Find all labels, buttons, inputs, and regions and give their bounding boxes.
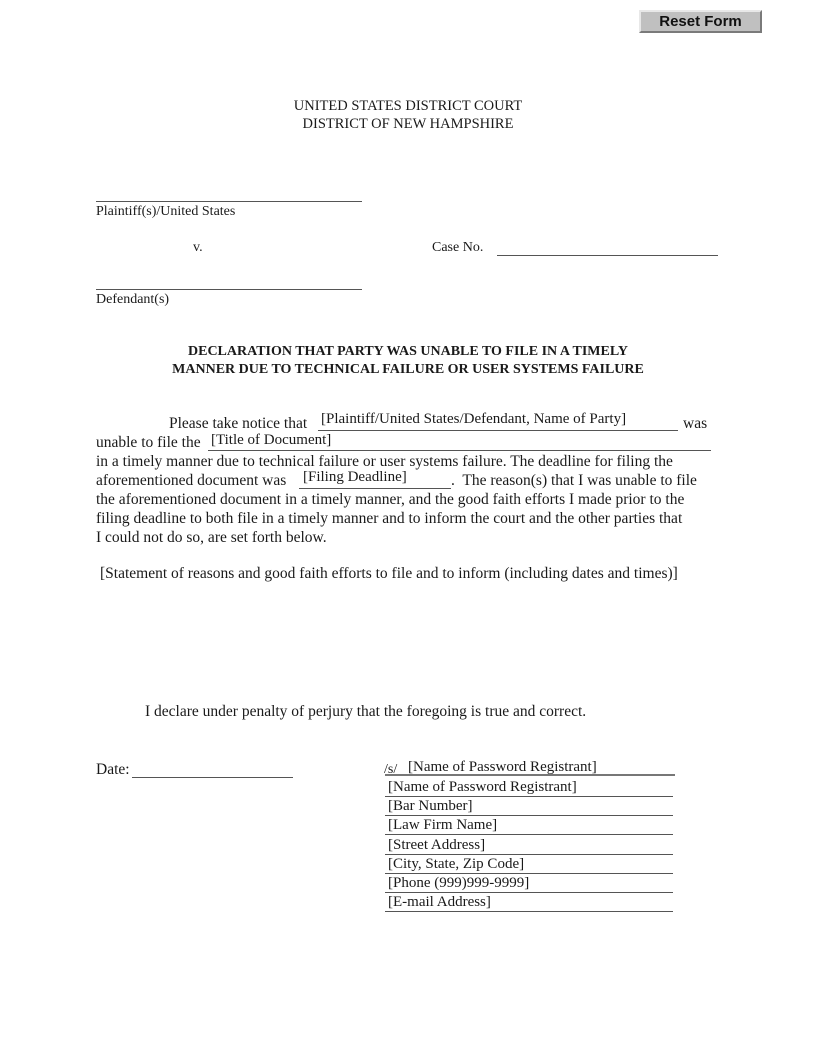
street-address-field[interactable]: [Street Address]: [385, 836, 673, 855]
versus-label: v.: [193, 239, 203, 257]
body-text-line5: the aforementioned document in a timely …: [96, 491, 684, 509]
case-no-label: Case No.: [432, 239, 483, 257]
defendant-label: Defendant(s): [96, 291, 169, 309]
date-label: Date:: [96, 761, 130, 779]
bar-number-field[interactable]: [Bar Number]: [385, 797, 673, 816]
court-name: UNITED STATES DISTRICT COURT: [0, 97, 816, 115]
body-text-was: was: [683, 415, 707, 433]
body-text-line7: I could not do so, are set forth below.: [96, 529, 327, 547]
case-no-field[interactable]: [497, 238, 718, 256]
phone-field[interactable]: [Phone (999)999-9999]: [385, 874, 673, 893]
body-text-unable: unable to file the: [96, 434, 201, 452]
party-name-field[interactable]: [Plaintiff/United States/Defendant, Name…: [318, 411, 678, 431]
document-title-field[interactable]: [Title of Document]: [208, 432, 711, 451]
body-text-reasons: . The reason(s) that I was unable to fil…: [451, 472, 697, 490]
registrant-name-field[interactable]: [Name of Password Registrant]: [385, 778, 673, 797]
plaintiff-label: Plaintiff(s)/United States: [96, 203, 235, 221]
body-text-line4: aforementioned document was: [96, 472, 286, 490]
statement-field[interactable]: [Statement of reasons and good faith eff…: [100, 564, 720, 684]
defendant-field[interactable]: [96, 272, 362, 290]
declaration-title-line1: DECLARATION THAT PARTY WAS UNABLE TO FIL…: [0, 343, 816, 361]
law-firm-field[interactable]: [Law Firm Name]: [385, 816, 673, 835]
email-field[interactable]: [E-mail Address]: [385, 893, 673, 912]
city-state-zip-field[interactable]: [City, State, Zip Code]: [385, 855, 673, 874]
body-text-line6: filing deadline to both file in a timely…: [96, 510, 682, 528]
reset-form-button[interactable]: Reset Form: [639, 10, 762, 33]
court-district: DISTRICT OF NEW HAMPSHIRE: [0, 115, 816, 133]
perjury-declaration: I declare under penalty of perjury that …: [145, 703, 586, 721]
date-field[interactable]: [132, 759, 293, 778]
plaintiff-field[interactable]: [96, 184, 362, 202]
filing-deadline-field[interactable]: [Filing Deadline]: [299, 469, 451, 489]
declaration-title-line2: MANNER DUE TO TECHNICAL FAILURE OR USER …: [0, 361, 816, 379]
body-text-notice: Please take notice that: [169, 415, 307, 433]
signature-name-field[interactable]: [Name of Password Registrant]: [408, 758, 597, 776]
